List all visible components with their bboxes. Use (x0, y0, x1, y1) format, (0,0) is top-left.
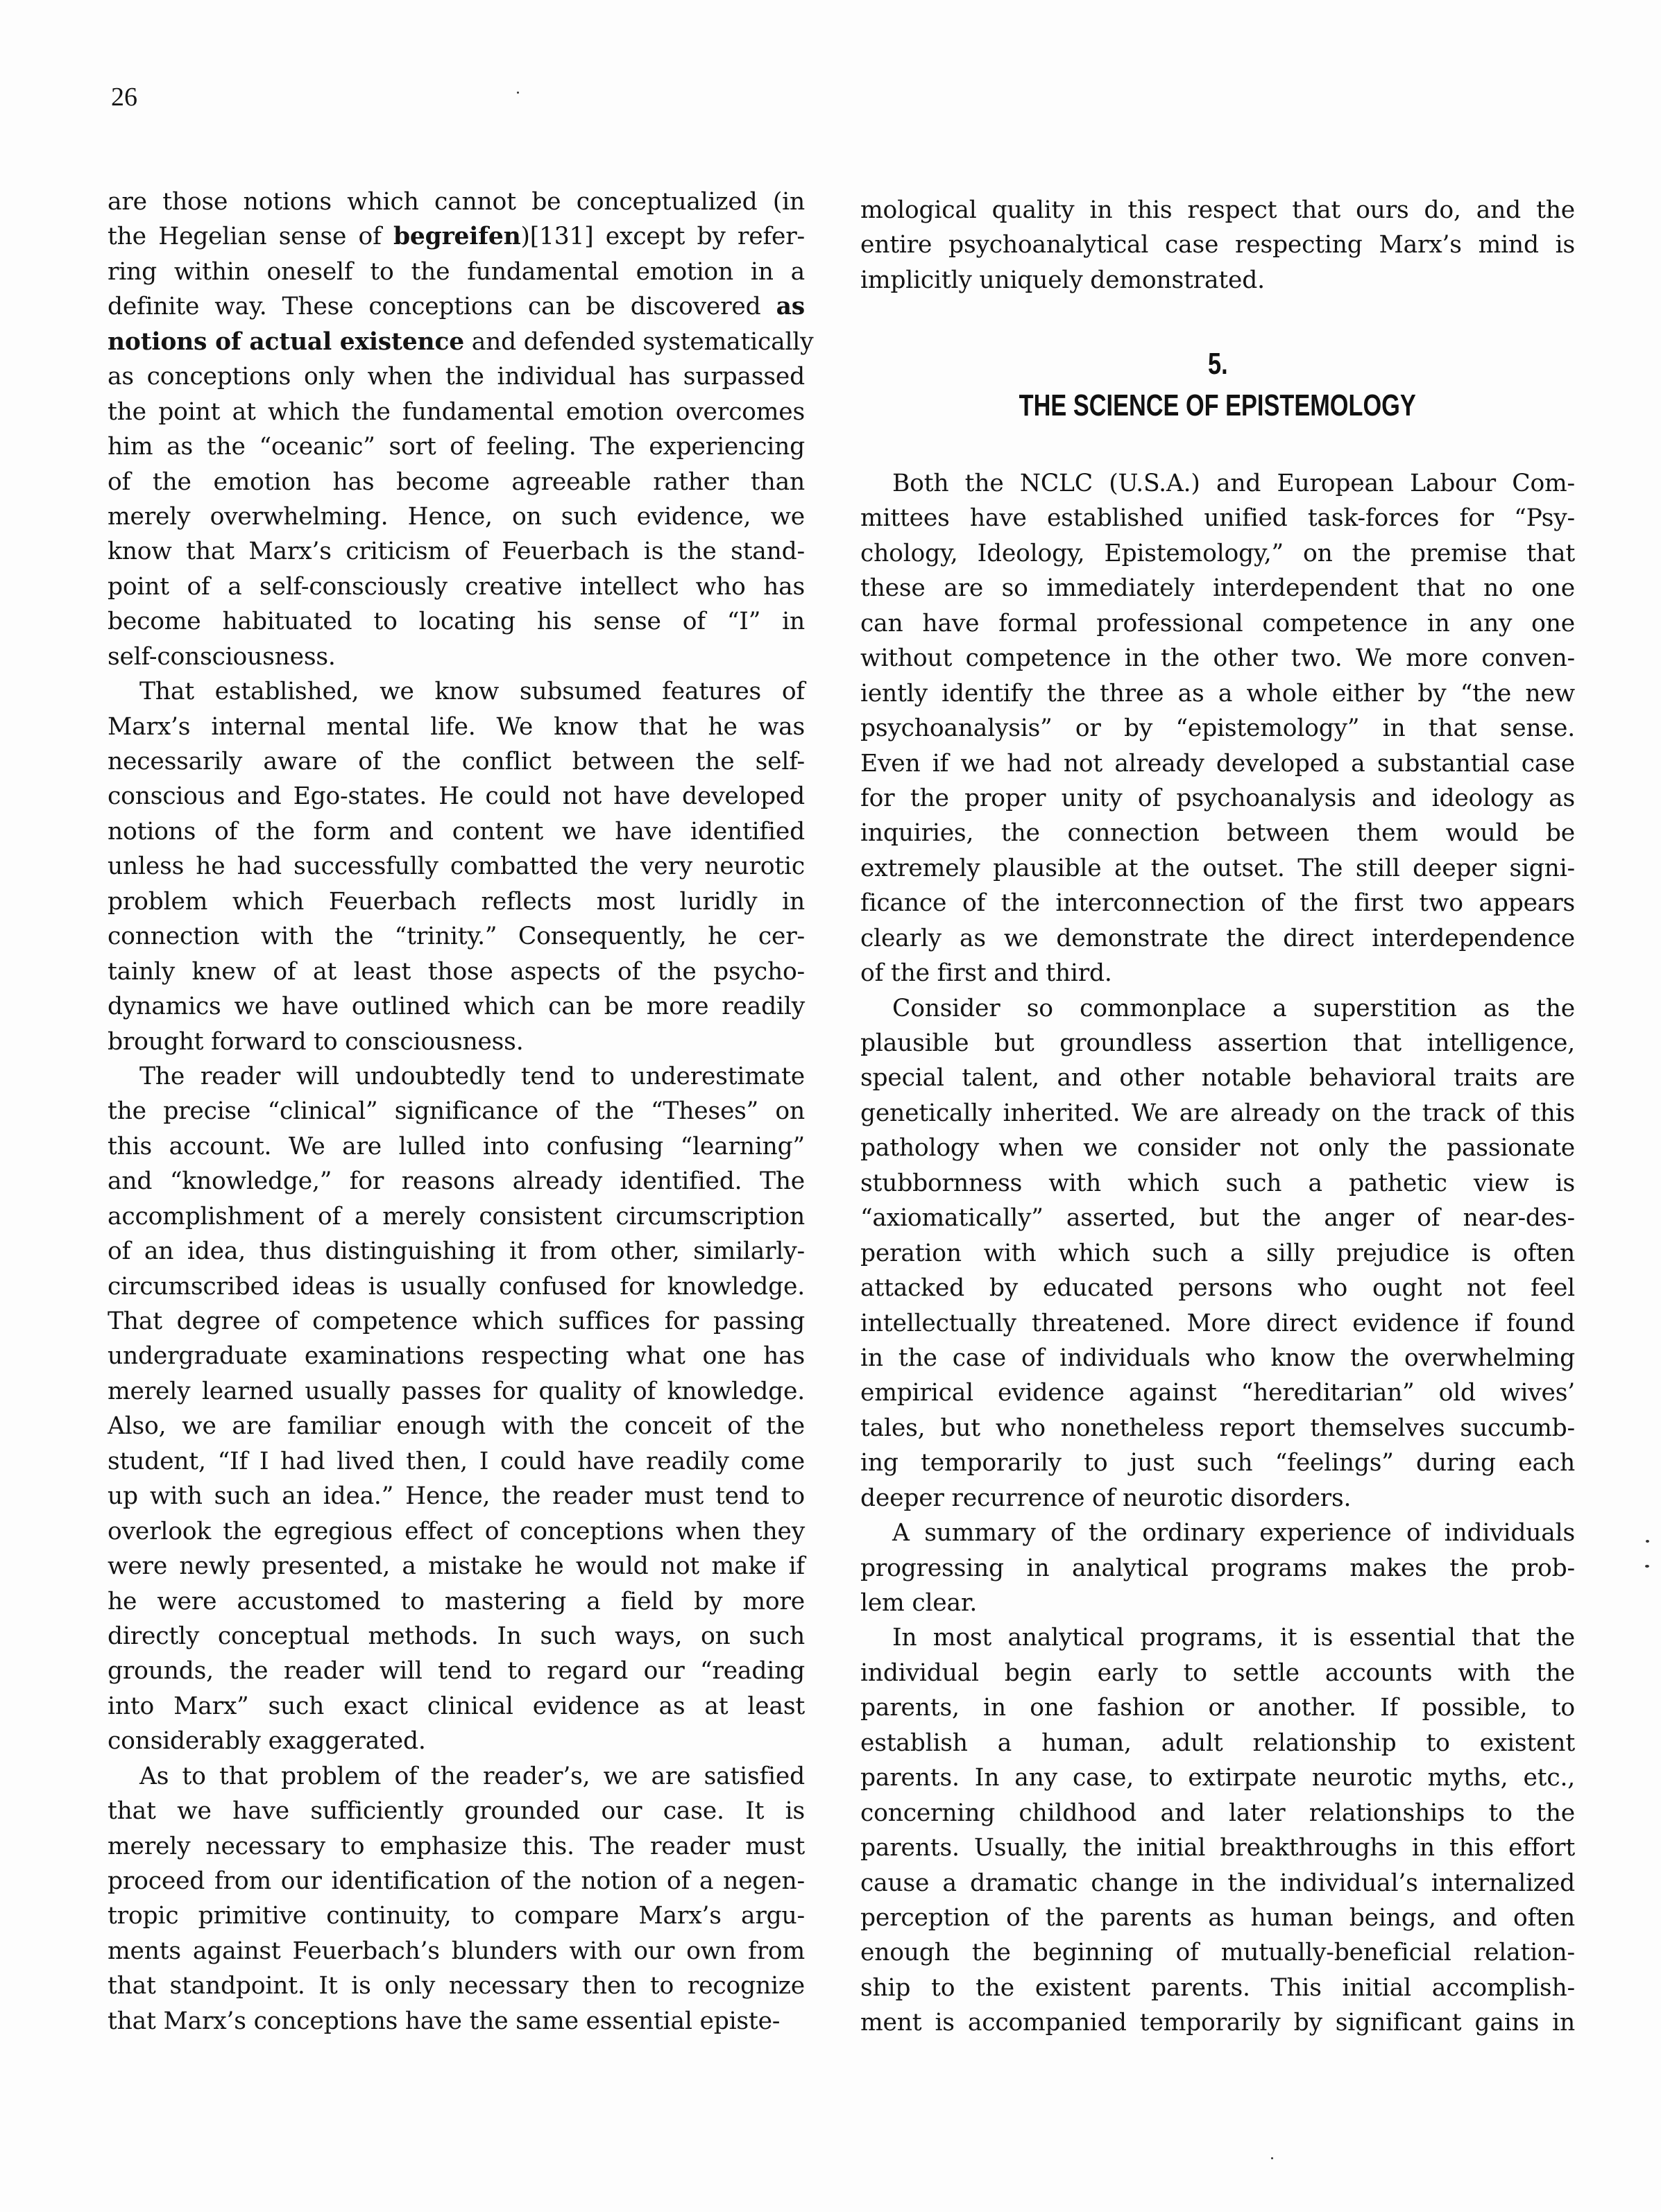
text-line: As to that problem of the reader’s, we a… (108, 1759, 805, 1794)
text-line: become habituated to locating his sense … (108, 604, 805, 639)
text-line: tales, but who nonetheless report themse… (860, 1411, 1575, 1446)
text-line: in the case of individuals who know the … (860, 1341, 1575, 1375)
text-line: notions of the form and content we have … (108, 814, 805, 849)
page-number: 26 (111, 82, 137, 112)
text-line: cause a dramatic change in the individua… (860, 1866, 1575, 1901)
text-line: him as the “oceanic” sort of feeling. Th… (108, 429, 805, 464)
text-line: empirical evidence against “hereditarian… (860, 1375, 1575, 1410)
text-line: merely overwhelming. Hence, on such evid… (108, 499, 805, 534)
text-line: unless he had successfully combatted the… (108, 849, 805, 884)
text-line: Both the NCLC (U.S.A.) and European Labo… (860, 466, 1575, 501)
text-line: mological quality in this respect that o… (860, 193, 1575, 228)
text-line: the point at which the fundamental emoti… (108, 395, 805, 429)
text-line: that Marx’s conceptions have the same es… (108, 2004, 805, 2039)
text-line: student, “If I had lived then, I could h… (108, 1444, 805, 1479)
paragraph: Both the NCLC (U.S.A.) and European Labo… (860, 466, 1575, 991)
text-line: brought forward to consciousness. (108, 1024, 805, 1059)
scan-speck (517, 92, 519, 94)
text-line: stubbornness with which such a pathetic … (860, 1166, 1575, 1201)
text-line: merely necessary to emphasize this. The … (108, 1829, 805, 1864)
text-line: the Hegelian sense of begreifen)[131] ex… (108, 219, 805, 254)
text-line: Even if we had not already developed a s… (860, 746, 1575, 781)
text-line: ring within oneself to the fundamental e… (108, 255, 805, 289)
text-line: genetically inherited. We are already on… (860, 1096, 1575, 1131)
paragraph: Consider so commonplace a superstition a… (860, 991, 1575, 1516)
scan-speck (1271, 2157, 1273, 2159)
text-line: directly conceptual methods. In such way… (108, 1619, 805, 1654)
text-line: as conceptions only when the individual … (108, 359, 805, 394)
text-line: point of a self-consciously creative int… (108, 569, 805, 604)
text-line: mittees have established unified task-fo… (860, 501, 1575, 535)
text-line: undergraduate examinations respecting wh… (108, 1339, 805, 1373)
text-line: ments against Feuerbach’s blunders with … (108, 1934, 805, 1969)
text-line: considerably exaggerated. (108, 1724, 805, 1758)
text-line: connection with the “trinity.” Consequen… (108, 919, 805, 954)
text-line: these are so immediately interdependent … (860, 571, 1575, 606)
text-line: attacked by educated persons who ought n… (860, 1271, 1575, 1305)
text-line: chology, Ideology, Epistemology,” on the… (860, 536, 1575, 571)
text-line: tropic primitive continuity, to compare … (108, 1898, 805, 1933)
paragraph: are those notions which cannot be concep… (108, 185, 805, 674)
text-line: overlook the egregious effect of concept… (108, 1514, 805, 1549)
text-line: notions of actual existence and defended… (108, 325, 805, 359)
text-line: grounds, the reader will tend to regard … (108, 1654, 805, 1688)
text-line: perception of the parents as human being… (860, 1901, 1575, 1935)
text-line: circumscribed ideas is usually confused … (108, 1269, 805, 1304)
text-line: special talent, and other notable behavi… (860, 1061, 1575, 1095)
bold-emphasis: as (776, 293, 805, 320)
text-line: are those notions which cannot be concep… (108, 185, 805, 219)
text-line: A summary of the ordinary experience of … (860, 1516, 1575, 1550)
text-line: of an idea, thus distinguishing it from … (108, 1234, 805, 1269)
text-line: individual begin early to settle account… (860, 1656, 1575, 1690)
text-line: inquiries, the connection between them w… (860, 816, 1575, 850)
text-line: establish a human, adult relationship to… (860, 1726, 1575, 1760)
text-line: that we have sufficiently grounded our c… (108, 1794, 805, 1828)
text-line: ship to the existent parents. This initi… (860, 1971, 1575, 2005)
text-line: Consider so commonplace a superstition a… (860, 991, 1575, 1026)
text-line: lem clear. (860, 1586, 1575, 1620)
right-column-continuation: mological quality in this respect that o… (860, 193, 1575, 298)
text-line: this account. We are lulled into confusi… (108, 1129, 805, 1164)
text-line: plausible but groundless assertion that … (860, 1026, 1575, 1061)
text-line: In most analytical programs, it is essen… (860, 1620, 1575, 1655)
text-line: of the emotion has become agreeable rath… (108, 465, 805, 499)
text-line: merely learned usually passes for qualit… (108, 1374, 805, 1409)
text-line: deeper recurrence of neurotic disorders. (860, 1481, 1575, 1516)
text-line: peration with which such a silly prejudi… (860, 1236, 1575, 1271)
text-line: he were accustomed to mastering a field … (108, 1584, 805, 1619)
text-line: necessarily aware of the conflict betwee… (108, 744, 805, 779)
text-line: parents. In any case, to extirpate neuro… (860, 1760, 1575, 1795)
text-line: “axiomatically” asserted, but the anger … (860, 1201, 1575, 1235)
text-line: into Marx” such exact clinical evidence … (108, 1689, 805, 1724)
text-line: self-consciousness. (108, 640, 805, 674)
text-line: parents. Usually, the initial breakthrou… (860, 1831, 1575, 1865)
text-line: know that Marx’s criticism of Feuerbach … (108, 534, 805, 569)
text-line: conscious and Ego-states. He could not h… (108, 779, 805, 814)
text-line: that standpoint. It is only necessary th… (108, 1969, 805, 2003)
scan-speck (1645, 1565, 1649, 1568)
text-line: ficance of the interconnection of the fi… (860, 886, 1575, 920)
text-line: concerning childhood and later relations… (860, 1796, 1575, 1831)
text-line: the precise “clinical” significance of t… (108, 1094, 805, 1129)
bold-emphasis: notions of actual existence (108, 328, 464, 356)
section-number: 5. (860, 347, 1575, 381)
text-line: ment is accompanied temporarily by signi… (860, 2005, 1575, 2040)
text-line: implicitly uniquely demonstrated. (860, 263, 1575, 298)
text-line: psychoanalysis” or by “epistemology” in … (860, 711, 1575, 746)
scan-speck (1646, 1540, 1649, 1543)
paragraph: mological quality in this respect that o… (860, 193, 1575, 298)
text-line: Marx’s internal mental life. We know tha… (108, 710, 805, 744)
text-line: can have formal professional competence … (860, 606, 1575, 641)
text-line: and “knowledge,” for reasons already ide… (108, 1164, 805, 1199)
text-line: tainly knew of at least those aspects of… (108, 954, 805, 989)
section-number-text: 5. (1208, 347, 1228, 381)
book-page: 26 are those notions which cannot be con… (0, 0, 1661, 2212)
text-line: proceed from our identification of the n… (108, 1864, 805, 1898)
text-line: without competence in the other two. We … (860, 641, 1575, 676)
left-column: are those notions which cannot be concep… (108, 185, 805, 2039)
text-line: problem which Feuerbach reflects most lu… (108, 884, 805, 919)
text-line: parents, in one fashion or another. If p… (860, 1690, 1575, 1725)
text-line: That degree of competence which suffices… (108, 1304, 805, 1339)
text-line: Also, we are familiar enough with the co… (108, 1409, 805, 1443)
text-line: were newly presented, a mistake he would… (108, 1549, 805, 1584)
section-heading-text: THE SCIENCE OF EPISTEMOLOGY (1019, 388, 1416, 423)
section-heading: THE SCIENCE OF EPISTEMOLOGY (860, 388, 1575, 423)
text-line: for the proper unity of psychoanalysis a… (860, 781, 1575, 816)
right-column-body: Both the NCLC (U.S.A.) and European Labo… (860, 466, 1575, 2041)
paragraph: The reader will undoubtedly tend to unde… (108, 1059, 805, 1759)
text-line: enough the beginning of mutually-benefic… (860, 1935, 1575, 1970)
paragraph: A summary of the ordinary experience of … (860, 1516, 1575, 1620)
text-line: iently identify the three as a whole eit… (860, 676, 1575, 711)
text-line: clearly as we demonstrate the direct int… (860, 921, 1575, 956)
bold-emphasis: begreifen (393, 223, 521, 250)
text-line: accomplishment of a merely consistent ci… (108, 1199, 805, 1234)
text-line: pathology when we consider not only the … (860, 1131, 1575, 1165)
text-line: progressing in analytical programs makes… (860, 1551, 1575, 1586)
text-line: intellectually threatened. More direct e… (860, 1306, 1575, 1341)
text-line: ing temporarily to just such “feelings” … (860, 1446, 1575, 1480)
text-line: extremely plausible at the outset. The s… (860, 851, 1575, 886)
text-line: That established, we know subsumed featu… (108, 674, 805, 709)
text-line: The reader will undoubtedly tend to unde… (108, 1059, 805, 1094)
paragraph: That established, we know subsumed featu… (108, 674, 805, 1059)
text-line: dynamics we have outlined which can be m… (108, 989, 805, 1024)
paragraph: In most analytical programs, it is essen… (860, 1620, 1575, 2040)
text-line: of the first and third. (860, 956, 1575, 991)
text-line: definite way. These conceptions can be d… (108, 289, 805, 324)
text-line: up with such an idea.” Hence, the reader… (108, 1479, 805, 1514)
text-line: entire psychoanalytical case respecting … (860, 228, 1575, 262)
paragraph: As to that problem of the reader’s, we a… (108, 1759, 805, 2039)
